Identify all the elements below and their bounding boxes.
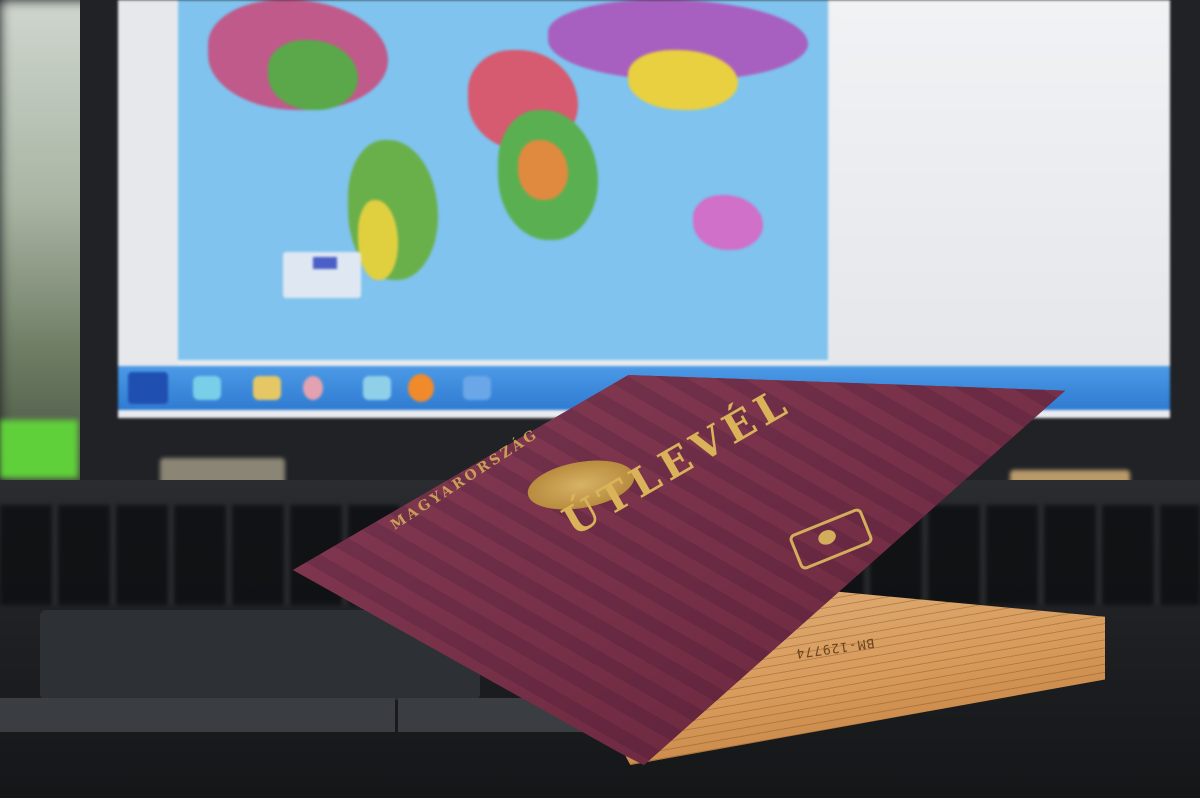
start-icon[interactable] <box>128 372 168 404</box>
paint-icon[interactable] <box>363 376 391 400</box>
screen-left-panel <box>118 0 178 380</box>
world-map <box>178 0 828 360</box>
australia-region <box>693 195 763 250</box>
laptop-screen <box>118 0 1170 418</box>
firefox-icon[interactable] <box>408 374 434 402</box>
screen-right-panel <box>830 0 1170 380</box>
media-icon[interactable] <box>303 376 323 400</box>
folder-icon[interactable] <box>253 376 281 400</box>
app-icon[interactable] <box>463 376 491 400</box>
map-legend <box>283 252 361 298</box>
photo-scene: BM-129774 MAGYARORSZÁG ÚTLEVÉL <box>0 0 1200 798</box>
touchpad-left-button <box>0 698 395 732</box>
green-light <box>0 420 78 478</box>
browser-icon[interactable] <box>193 376 221 400</box>
